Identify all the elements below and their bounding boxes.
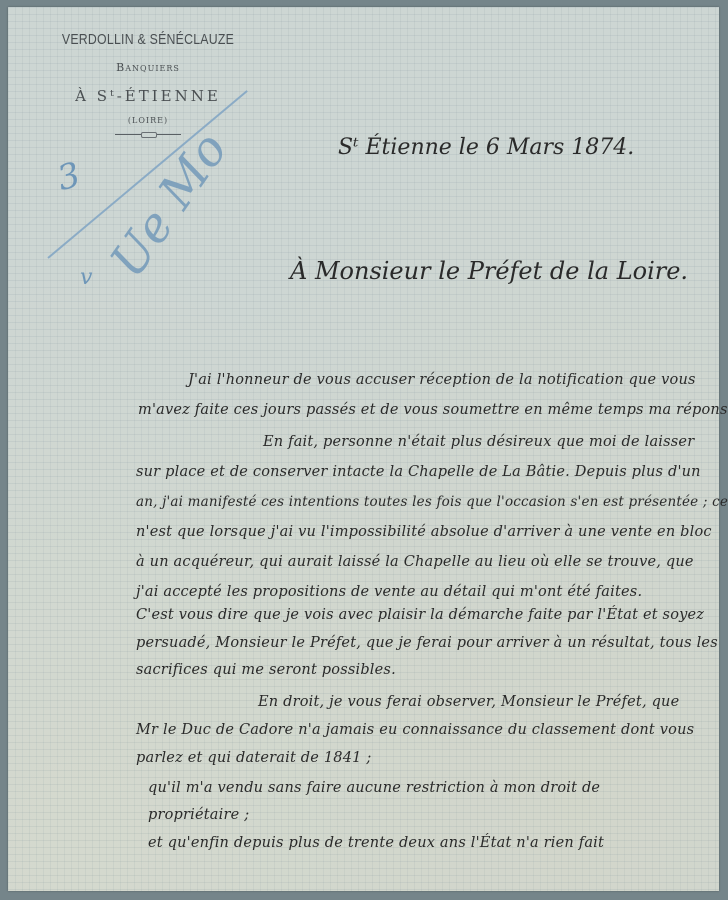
letter-date: Sᵗ Étienne le 6 Mars 1874. bbox=[338, 135, 634, 160]
letterhead-business: Banquiers bbox=[8, 61, 288, 74]
body-line: m'avez faite ces jours passés et de vous… bbox=[138, 402, 728, 418]
body-line: C'est vous dire que je vois avec plaisir… bbox=[136, 607, 704, 623]
body-line: persuadé, Monsieur le Préfet, que je fer… bbox=[136, 635, 718, 651]
letterhead-divider bbox=[115, 134, 181, 135]
pencil-scrawl: Ue Mo bbox=[100, 123, 239, 288]
letterhead-firm-name: VERDOLLIN & SÉNÉCLAUZE bbox=[33, 31, 263, 48]
body-line: parlez et qui daterait de 1841 ; bbox=[136, 750, 371, 766]
body-line: qu'il m'a vendu sans faire aucune restri… bbox=[148, 780, 600, 796]
letter-salutation: À Monsieur le Préfet de la Loire. bbox=[290, 257, 688, 285]
body-line: J'ai l'honneur de vous accuser réception… bbox=[188, 372, 696, 388]
body-line: an, j'ai manifesté ces intentions toutes… bbox=[136, 494, 728, 510]
letter-page: VERDOLLIN & SÉNÉCLAUZE Banquiers À Sᵗ-ÉT… bbox=[8, 7, 719, 891]
body-line: sacrifices qui me seront possibles. bbox=[136, 662, 396, 678]
body-line: Mr le Duc de Cadore n'a jamais eu connai… bbox=[136, 722, 694, 738]
body-line: n'est que lorsque j'ai vu l'impossibilit… bbox=[136, 524, 712, 540]
body-line: sur place et de conserver intacte la Cha… bbox=[136, 464, 701, 480]
letterhead-department: (LOIRE) bbox=[8, 116, 288, 125]
pencil-letter: v bbox=[80, 265, 92, 290]
body-line: propriétaire ; bbox=[148, 807, 249, 823]
pencil-number: 3 bbox=[53, 155, 84, 199]
body-line: à un acquéreur, qui aurait laissé la Cha… bbox=[136, 554, 694, 570]
body-line: En fait, personne n'était plus désireux … bbox=[263, 434, 694, 450]
body-line: j'ai accepté les propositions de vente a… bbox=[136, 584, 642, 600]
body-line: et qu'enfin depuis plus de trente deux a… bbox=[148, 835, 604, 851]
body-line: En droit, je vous ferai observer, Monsie… bbox=[258, 694, 679, 710]
